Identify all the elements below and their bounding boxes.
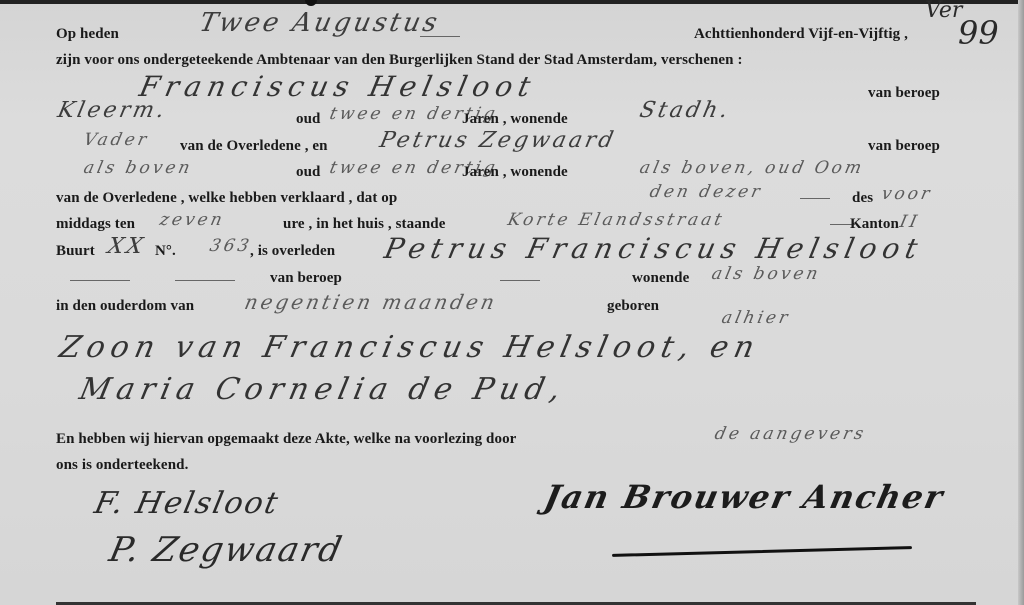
handwritten-age: negentien maanden [242,290,499,314]
handwritten-declarant2-occupation: als boven [82,158,195,178]
handwritten-declarant1-name: Franciscus Helsloot [136,70,539,103]
printed-geboren: geboren [607,298,659,315]
handwritten-declarant1-residence: Stadh. [637,98,733,123]
handwritten-date: Twee Augustus [197,8,443,38]
page-right-edge [1018,0,1024,605]
printed-no: N°. [155,243,176,260]
filler-dash [500,280,540,281]
printed-closing-line1: En hebben wij hiervan opgemaakt deze Akt… [56,431,516,448]
handwritten-street: Korte Elandsstraat [506,210,726,230]
handwritten-declarant1-occupation: Kleerm. [55,98,169,123]
signature-official: Jan Brouwer Ancher [541,478,948,516]
death-certificate-page: Ver 99 Op heden Twee Augustus Achttienho… [0,0,1024,605]
handwritten-declarant2-residence: als boven, oud Oom [638,158,866,178]
printed-des: des [852,190,873,207]
signature-underline [612,546,912,557]
handwritten-time-day: den dezer [648,182,765,202]
printed-kanton: Kanton [850,216,899,233]
page-top-edge [0,0,1024,4]
printed-closing-line2: ons is onderteekend. [56,457,188,474]
printed-jaren-wonende-1: Jaren , wonende [462,111,568,128]
handwritten-deceased-residence: als boven [710,264,823,284]
printed-oud-1: oud [296,111,321,128]
filler-dash [175,280,235,281]
printed-verklaard: van de Overledene , welke hebben verklaa… [56,190,397,207]
printed-van-beroep-2: van beroep [868,138,940,155]
handwritten-buurt: XX [105,234,148,259]
printed-jaren-wonende-2: Jaren , wonende [462,164,568,181]
ref-top-annotation: Ver [925,0,962,23]
printed-van-beroep-1: van beroep [868,85,940,102]
handwritten-birthplace: alhier [720,308,792,328]
record-number: 99 [958,14,999,52]
printed-is-overleden: , is overleden [250,243,335,260]
handwritten-parents-line1: Zoon van Franciscus Helsloot, en [56,330,763,365]
printed-oud-2: oud [296,164,321,181]
printed-ouderdom: in den ouderdom van [56,298,194,315]
printed-middags-ten: middags ten [56,216,135,233]
printed-wonende-3: wonende [632,270,689,287]
printed-year: Achttienhonderd Vijf-en-Vijftig , [694,26,908,43]
ink-blot [305,0,317,6]
filler-dash [800,198,830,199]
filler-dash [420,36,460,37]
handwritten-hour: zeven [158,210,227,230]
handwritten-parents-line2: Maria Cornelia de Pud, [76,372,569,407]
printed-buurt: Buurt [56,243,95,260]
handwritten-declarant2-name: Petrus Zegwaard [377,128,618,153]
printed-zijn-voor-ons: zijn voor ons ondergeteekende Ambtenaar … [56,52,743,69]
filler-dash [70,280,130,281]
printed-van-beroep-3: van beroep [270,270,342,287]
handwritten-house-number: 363 [208,236,254,256]
signature-declarant2: P. Zegwaard [106,530,347,570]
printed-op-heden: Op heden [56,26,119,43]
handwritten-declarant1-relation: Vader [82,130,151,150]
handwritten-note-aangevers: de aangevers [713,424,868,444]
handwritten-deceased-name: Petrus Franciscus Helsloot [381,232,926,265]
printed-ure-huis: ure , in het huis , staande [283,216,445,233]
handwritten-kanton: II [898,212,922,232]
handwritten-time-of: voor [880,184,934,204]
printed-van-de-overledene-en: van de Overledene , en [180,138,328,155]
signature-declarant1: F. Helsloot [91,486,282,521]
